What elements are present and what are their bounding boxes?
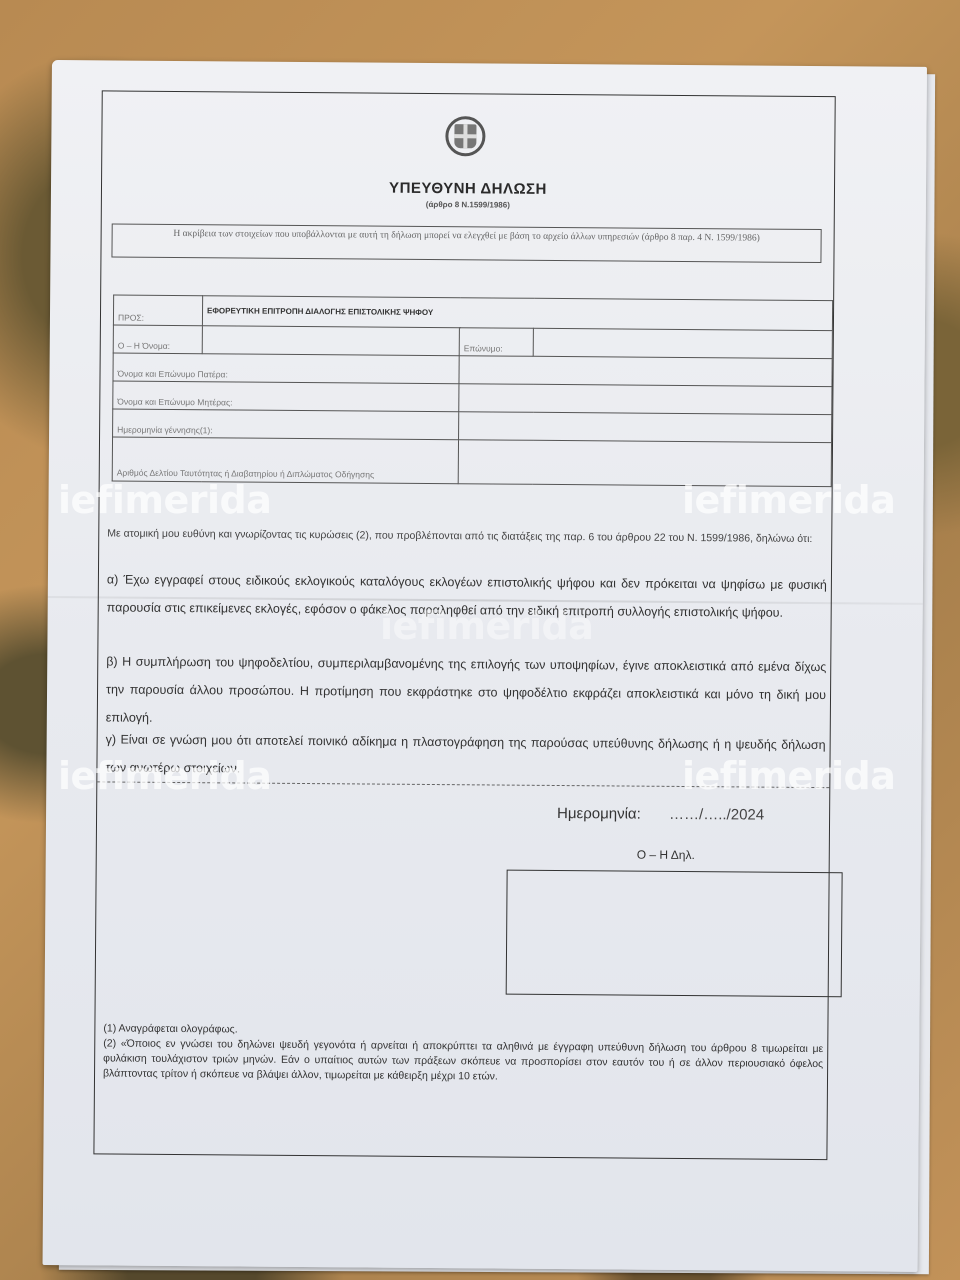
declaration-intro: Με ατομική μου ευθύνη και γνωρίζοντας τι… — [107, 525, 827, 547]
to-value: ΕΦΟΡΕΥΤΙΚΗ ΕΠΙΤΡΟΠΗ ΔΙΑΛΟΓΗΣ ΕΠΙΣΤΟΛΙΚΗΣ… — [202, 296, 832, 331]
first-name-label: Ο – Η Όνομα: — [113, 325, 202, 354]
first-name-field[interactable] — [202, 326, 459, 356]
footnotes: (1) Αναγράφεται ολογράφως. (2) «Όποιος ε… — [103, 1021, 823, 1087]
declaration-paragraph-a: α) Έχω εγγραφεί στους ειδικούς εκλογικού… — [107, 565, 827, 627]
declaration-paragraph-c: γ) Είναι σε γνώση μου ότι αποτελεί ποινι… — [105, 725, 825, 787]
date-field[interactable]: ……/…../2024 — [669, 806, 764, 824]
id-number-label: Αριθμός Δελτίου Ταυτότητας ή Διαβατηρίου… — [112, 437, 458, 484]
form-sheet: ΥΠΕΥΘΥΝΗ ΔΗΛΩΣΗ (άρθρο 8 Ν.1599/1986) Η … — [43, 60, 927, 1272]
mother-name-label: Όνομα και Επώνυμο Μητέρας: — [113, 381, 459, 412]
father-name-label: Όνομα και Επώνυμο Πατέρα: — [113, 353, 459, 384]
form-subtitle: (άρθρο 8 Ν.1599/1986) — [102, 197, 834, 212]
surname-label: Επώνυμο: — [459, 328, 533, 357]
id-number-field[interactable] — [458, 440, 831, 487]
date-label: Ημερομηνία: — [557, 805, 641, 823]
form-frame: ΥΠΕΥΘΥΝΗ ΔΗΛΩΣΗ (άρθρο 8 Ν.1599/1986) Η … — [93, 90, 835, 1160]
accuracy-notice: Η ακρίβεια των στοιχείων που υποβάλλοντα… — [111, 223, 821, 263]
mother-name-field[interactable] — [459, 384, 832, 415]
greek-coat-of-arms-icon — [445, 116, 485, 156]
declaration-paragraph-b: β) Η συμπλήρωση του ψηφοδελτίου, συμπερι… — [106, 647, 827, 737]
birthdate-field[interactable] — [459, 412, 832, 443]
form-title: ΥΠΕΥΘΥΝΗ ΔΗΛΩΣΗ — [102, 177, 834, 200]
signature-box[interactable] — [506, 870, 843, 998]
footnote-2: (2) «Όποιος εν γνώσει του δηλώνει ψευδή … — [103, 1036, 823, 1087]
surname-field[interactable] — [533, 328, 832, 358]
to-label: ΠΡΟΣ: — [113, 295, 202, 326]
birthdate-label: Ημερομηνία γέννησης(1): — [113, 409, 459, 440]
father-name-field[interactable] — [459, 356, 832, 387]
personal-details-table: ΠΡΟΣ: ΕΦΟΡΕΥΤΙΚΗ ΕΠΙΤΡΟΠΗ ΔΙΑΛΟΓΗΣ ΕΠΙΣΤ… — [112, 294, 833, 487]
signer-label: Ο – Η Δηλ. — [637, 848, 695, 862]
